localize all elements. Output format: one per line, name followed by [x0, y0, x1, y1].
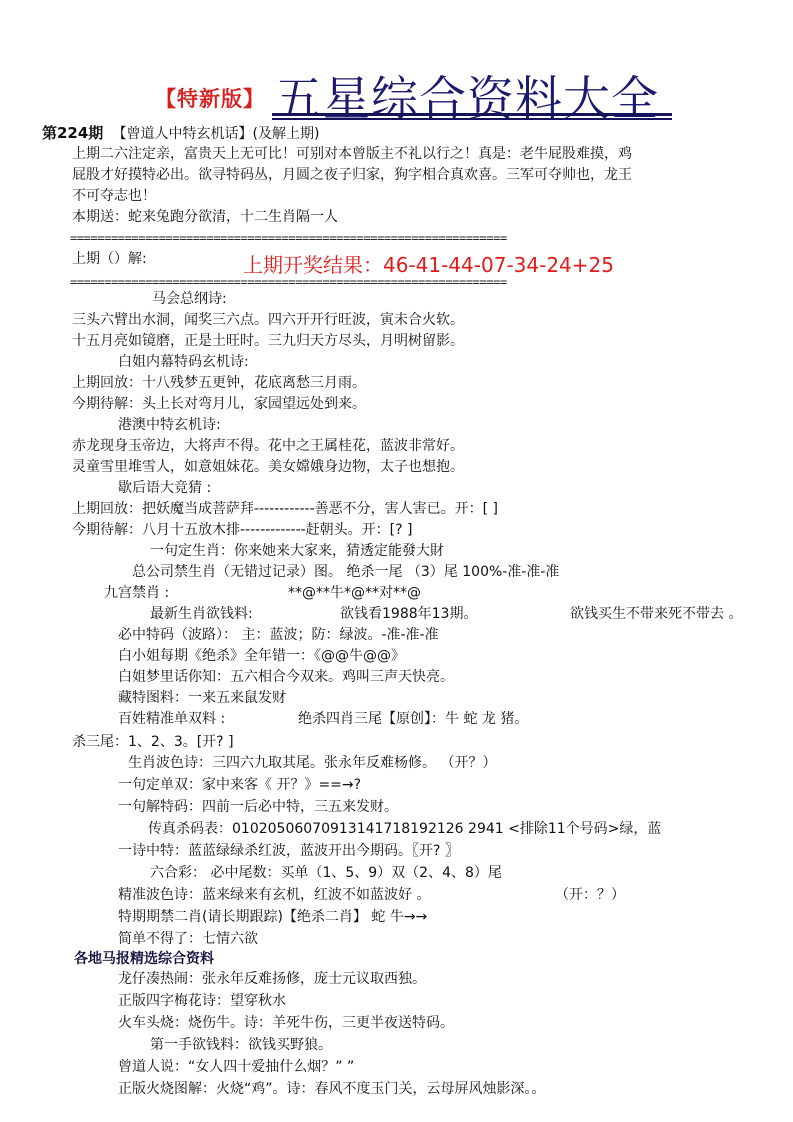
issue-subtitle: 【曾道人中特玄机话】(及解上期) — [113, 126, 320, 142]
text-line: 三头六臂出水洞，闻奖三六点。四六开开行旺波，寅未合火软。 — [72, 311, 464, 329]
text-line: 港澳中特玄机诗: — [118, 416, 221, 434]
text-line: 马会总纲诗: — [152, 290, 227, 308]
text-line: 藏特图料：一来五来鼠发财 — [118, 689, 286, 707]
text-line: **@**牛*@**对**@ — [288, 584, 421, 602]
text-line: 六合彩： 必中尾数：买单（1、5、9）双（2、4、8）尾 — [150, 864, 502, 882]
text-line: 白姐梦里话你知：五六相合今双来。鸡叫三声天快亮。 — [118, 668, 454, 686]
text-line: 今期待解：八月十五放木排-------------赶朝头。开：[? ] — [72, 521, 412, 539]
text-line: 绝杀四肖三尾【原创】：牛 蛇 龙 猪。 — [298, 710, 528, 728]
text-line: 十五月亮如镜磨，正是土旺时。三九归天方尽头，月明树留影。 — [72, 332, 464, 350]
section-title: 各地马报精选综合资料 — [74, 948, 214, 968]
intro-line: 本期送：蛇来兔跑分欲清，十二生肖隔一人 — [72, 208, 338, 226]
issue-number: 第224期 【曾道人中特玄机话】(及解上期) — [42, 122, 319, 143]
text-line: 精准波色诗：蓝来绿来有玄机，红波不如蓝波好 。 — [118, 886, 430, 904]
text-line: 上期回放：把妖魔当成菩萨拜------------善恶不分，害人害已。开：[ ] — [72, 500, 498, 518]
text-line: 传真杀码表：01020506070913141718192126 2941 <排… — [148, 820, 661, 838]
text-line: 一句定生肖：你来她来大家来，猜透定能發大財 — [150, 542, 444, 560]
separator: ========================================… — [70, 276, 648, 288]
text-line: 欲钱买生不带来死不带去 。 — [570, 605, 742, 623]
last-period-label: 上期（）解: — [72, 250, 147, 268]
text-line: 第一手欲钱料：欲钱买野狼。 — [150, 1036, 332, 1054]
text-line: 一句解特码：四前一后必中特，三五来发财。 — [118, 798, 398, 816]
text-line: 杀三尾：1、2、3。[开? ] — [72, 733, 234, 751]
text-line: 生肖波色诗：三四六九取其尾。张永年反难杨修。 （开？） — [128, 754, 496, 772]
text-line: 今期待解：头上长对弯月儿，家园望远处到来。 — [72, 395, 366, 413]
header-badge: 【特新版】 — [155, 83, 265, 113]
text-line: 上期回放：十八残梦五更钟，花底离愁三月雨。 — [72, 374, 366, 392]
separator: ========================================… — [70, 232, 648, 244]
issue-number-label: 第224期 — [42, 124, 103, 142]
text-line: 龙仔凑热闹：张永年反难扬修，庞士元议取西独。 — [118, 970, 426, 988]
text-line: 白姐内幕特码玄机诗: — [118, 353, 249, 371]
text-line: 歇后语大竞猜 : — [118, 479, 211, 497]
text-line: 白小姐每期《绝杀》全年错一：《@@牛@@》 — [118, 647, 405, 665]
intro-line: 上期二六注定亲，富贵天上无可比！可别对本曾版主不礼以行之！真是：老牛屁股难摸，鸡 — [72, 145, 632, 163]
text-line: 九宫禁肖 : — [104, 584, 169, 602]
intro-line: 屁股才好摸特必出。欲寻特码丛，月圆之夜子归家，狗字相合真欢喜。三军可夺帅也，龙王 — [72, 166, 632, 184]
text-line: 一句定单双：家中来客《 开？》==→? — [118, 776, 361, 794]
text-line: 一诗中特：蓝蓝绿绿杀红波，蓝波开出今期码。〖开? 〗 — [118, 842, 459, 860]
text-line: 必中特码（波路）： 主：蓝波；防：绿波。-准-准-准 — [118, 626, 439, 644]
text-line: 赤龙现身玉帝边，大将声不得。花中之王属桂花，蓝波非常好。 — [72, 437, 464, 455]
text-line: 正版四字梅花诗：望穿秋水 — [118, 992, 286, 1010]
title-underline — [272, 113, 672, 116]
intro-line: 不可夺志也！ — [72, 187, 156, 205]
text-line: 火车头烧：烧伤牛。诗：羊死牛伤，三更半夜送特码。 — [118, 1014, 454, 1032]
title-underline-secondary — [272, 118, 672, 120]
text-line: 曾道人说：“女人四十爱抽什么烟？” ” — [118, 1058, 354, 1076]
text-line: 简单不得了：七情六欲 — [118, 930, 258, 948]
text-line: 欲钱看1988年13期。 — [340, 605, 477, 623]
text-line: 特期期禁二肖(请长期跟踪)【绝杀二肖】 蛇 牛→→ — [118, 908, 427, 926]
text-line: 总公司禁生肖（无错过记录）图。 绝杀一尾 （3）尾 100%-准-准-准 — [132, 563, 559, 581]
last-period-result: 上期开奖结果：46-41-44-07-34-24+25 — [243, 249, 614, 278]
text-line: 正版火烧图解：火烧“鸡”。诗：春风不度玉门关，云母屏风烛影深。。 — [118, 1080, 546, 1098]
text-line: 百姓精准单双料 : — [118, 710, 225, 728]
text-line: 灵童雪里堆雪人，如意姐妹花。美女嫦娥身边物，太子也想抱。 — [72, 458, 464, 476]
text-line: （开：？） — [555, 886, 625, 904]
text-line: 最新生肖欲钱料: — [150, 605, 253, 623]
